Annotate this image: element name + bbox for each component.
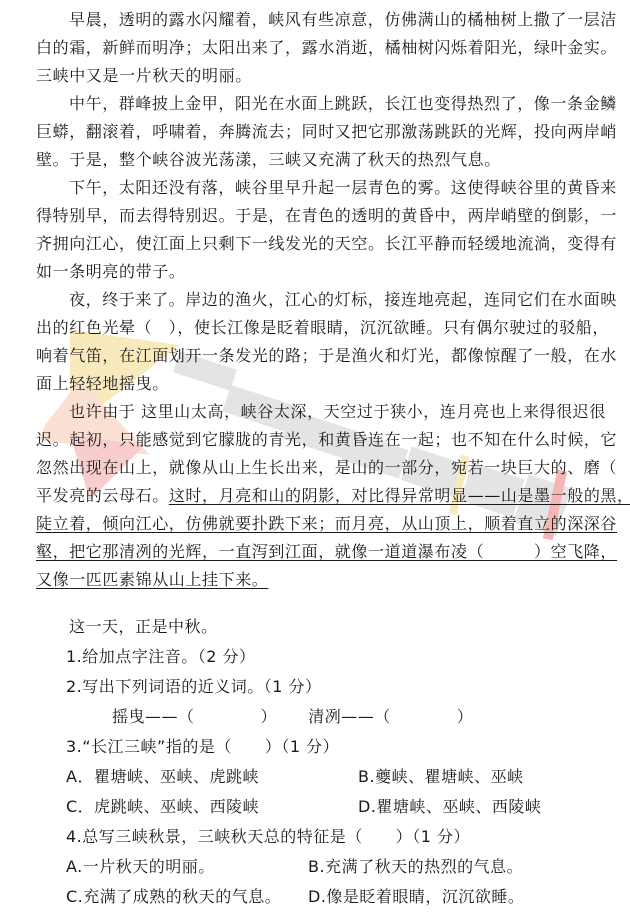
passage-line: 下午，太阳还没有落，峡谷里早升起一层青色的雾。这使得峡谷里的黄昏来 bbox=[36, 174, 608, 202]
q3-option-d: D.瞿塘峡、巫峡、西陵峡 bbox=[358, 792, 541, 822]
passage-line: 迟。起初，只能感觉到它朦胧的青光，和黄昏连在一起；也不知在什么时候，它 bbox=[36, 426, 608, 454]
underlined-text: 陡立着，倾向江心，仿佛就要扑跌下来；而月亮，从山顶上，顺着直立的深深谷 bbox=[36, 514, 617, 533]
passage-line: 巨蟒，翻滚着，呼啸着，奔腾流去；同时又把它那激荡跳跃的光辉，投向两岸峭 bbox=[36, 118, 608, 146]
question-2-items: 摇曳——（ ） 清冽——（ ） bbox=[36, 702, 608, 732]
underlined-text: 这时，月亮和山的阴影，对比得异常明显——山是墨一般的黑， bbox=[169, 486, 630, 505]
passage-line: 白的霜，新鲜而明净；太阳出来了，露水消逝，橘柚树闪烁着阳光，绿叶金实。 bbox=[36, 34, 608, 62]
passage-line-underlined-start: 平发亮的云母石。这时，月亮和山的阴影，对比得异常明显——山是墨一般的黑， bbox=[36, 482, 608, 510]
q3-option-b: B.夔峡、瞿塘峡、巫峡 bbox=[358, 762, 524, 792]
question-3: 3.“长江三峡”指的是（ ）（1 分） bbox=[36, 732, 608, 762]
question-1: 1.给加点字注音。（2 分） bbox=[36, 642, 608, 672]
passage-line: 中午，群峰披上金甲，阳光在水面上跳跃，长江也变得热烈了，像一条金鳞 bbox=[36, 90, 608, 118]
question-3-options-row-1: A．瞿塘峡、巫峡、虎跳峡 B.夔峡、瞿塘峡、巫峡 bbox=[36, 762, 608, 792]
q4-option-a: A.一片秋天的明丽。 bbox=[66, 852, 308, 882]
q3-option-c: C．虎跳峡、巫峡、西陵峡 bbox=[66, 792, 358, 822]
question-3-options-row-2: C．虎跳峡、巫峡、西陵峡 D.瞿塘峡、巫峡、西陵峡 bbox=[36, 792, 608, 822]
passage-line: 如一条明亮的带子。 bbox=[36, 258, 608, 286]
q2-item-yaoye: 摇曳——（ ） bbox=[112, 707, 277, 726]
question-4-options-row-2: C.充满了成熟的秋天的气息。 D.像是眨着眼睛，沉沉欲睡。 bbox=[36, 882, 608, 912]
passage-line: 得特别早，而去得特别迟。于是，在青色的透明的黄昏中，两岸峭壁的倒影，一 bbox=[36, 202, 608, 230]
passage-text: 平发亮的云母石。 bbox=[36, 486, 169, 505]
questions-section: 这一天，正是中秋。 1.给加点字注音。（2 分） 2.写出下列词语的近义词。（1… bbox=[36, 612, 608, 912]
q2-item-qinglie: 清冽——（ ） bbox=[308, 707, 473, 726]
q4-option-b: B.充满了秋天的热烈的气息。 bbox=[308, 852, 523, 882]
passage-line: 出的红色光晕（ ），使长江像是眨着眼睛，沉沉欲睡。只有偶尔驶过的驳船， bbox=[36, 314, 608, 342]
passage-line: 三峡中又是一片秋天的明丽。 bbox=[36, 62, 608, 90]
q4-option-d: D.像是眨着眼睛，沉沉欲睡。 bbox=[308, 882, 524, 912]
passage-line: 也许由于 这里山太高，峡谷太深，天空过于狭小，连月亮也上来得很迟很 bbox=[36, 398, 608, 426]
passage-line: 陡立着，倾向江心，仿佛就要扑跌下来；而月亮，从山顶上，顺着直立的深深谷 bbox=[36, 510, 608, 538]
question-2: 2.写出下列词语的近义词。（1 分） bbox=[36, 672, 608, 702]
passage-line: 面上轻轻地摇曳。 bbox=[36, 370, 608, 398]
underlined-text: 壑，把它那清冽的光辉，一直泻到江面，就像一道道瀑布凌（ ）空飞降， bbox=[36, 542, 617, 561]
q3-option-a: A．瞿塘峡、巫峡、虎跳峡 bbox=[66, 762, 358, 792]
q4-option-c: C.充满了成熟的秋天的气息。 bbox=[66, 882, 308, 912]
closing-line: 这一天，正是中秋。 bbox=[36, 612, 608, 642]
passage-line: 齐拥向江心，使江面上只剩下一线发光的天空。长江平静而轻缓地流淌，变得有 bbox=[36, 230, 608, 258]
passage-line: 壑，把它那清冽的光辉，一直泻到江面，就像一道道瀑布凌（ ）空飞降， bbox=[36, 538, 608, 566]
passage: 早晨，透明的露水闪耀着，峡风有些凉意，仿佛满山的橘柚树上撒了一层洁 白的霜，新鲜… bbox=[36, 6, 608, 594]
question-4-options-row-1: A.一片秋天的明丽。 B.充满了秋天的热烈的气息。 bbox=[36, 852, 608, 882]
passage-line: 响着气笛，在江面划开一条发光的路；于是渔火和灯光，都像惊醒了一般，在水 bbox=[36, 342, 608, 370]
question-4: 4.总写三峡秋景，三峡秋天总的特征是（ ）（1 分） bbox=[36, 822, 608, 852]
passage-line: 又像一匹匹素锦从山上挂下来。 bbox=[36, 566, 608, 594]
passage-line: 早晨，透明的露水闪耀着，峡风有些凉意，仿佛满山的橘柚树上撒了一层洁 bbox=[36, 6, 608, 34]
passage-line: 忽然出现在山上，就像从山上生长出来，是山的一部分，宛若一块巨大的、磨（ ） bbox=[36, 454, 608, 482]
passage-line: 夜，终于来了。岸边的渔火，江心的灯标，接连地亮起，连同它们在水面映 bbox=[36, 286, 608, 314]
passage-line: 壁。于是，整个峡谷波光荡漾，三峡又充满了秋天的热烈气息。 bbox=[36, 146, 608, 174]
underlined-text: 又像一匹匹素锦从山上挂下来。 bbox=[36, 570, 268, 589]
